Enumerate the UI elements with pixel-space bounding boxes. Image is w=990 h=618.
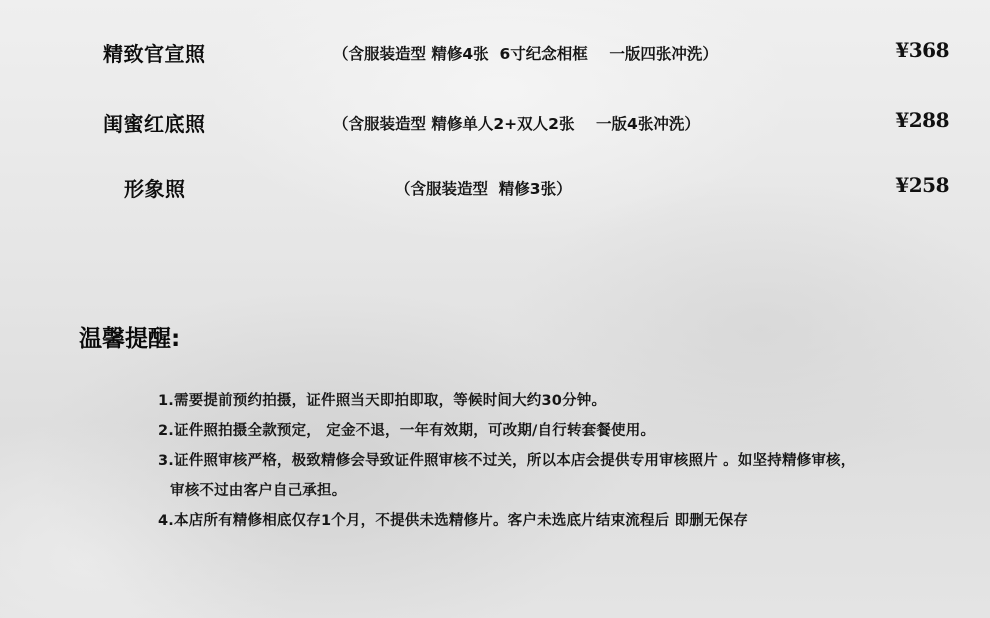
notice-item: 2.证件照拍摄全款预定， 定金不退，一年有效期，可改期/自行转套餐使用。 bbox=[158, 416, 958, 446]
notice-item-continuation: 审核不过由客户自己承担。 bbox=[158, 476, 958, 506]
notice-item: 4.本店所有精修相底仅存1个月，不提供未选精修片。客户未选底片结束流程后 即删无… bbox=[158, 506, 958, 536]
package-description: （含服装造型 精修3张） bbox=[395, 177, 572, 199]
notice-item: 3.证件照审核严格，极致精修会导致证件照审核不过关，所以本店会提供专用审核照片 … bbox=[158, 446, 958, 476]
price-row-official: 精致官宣照 （含服装造型 精修4张 6寸纪念相框 一版四张冲洗） ¥368 bbox=[0, 38, 990, 68]
package-description: （含服装造型 精修单人2+双人2张 一版4张冲洗） bbox=[333, 112, 700, 134]
package-description: （含服装造型 精修4张 6寸纪念相框 一版四张冲洗） bbox=[333, 42, 718, 64]
notice-item: 1.需要提前预约拍摄，证件照当天即拍即取，等候时间大约30分钟。 bbox=[158, 386, 958, 416]
package-name: 精致官宣照 bbox=[103, 38, 206, 67]
package-price: ¥258 bbox=[895, 173, 949, 197]
package-name: 闺蜜红底照 bbox=[103, 108, 206, 137]
price-row-bestie-red: 闺蜜红底照 （含服装造型 精修单人2+双人2张 一版4张冲洗） ¥288 bbox=[0, 108, 990, 138]
package-name: 形象照 bbox=[124, 173, 186, 202]
notice-title: 温馨提醒: bbox=[79, 320, 180, 353]
notice-list: 1.需要提前预约拍摄，证件照当天即拍即取，等候时间大约30分钟。 2.证件照拍摄… bbox=[158, 386, 958, 536]
package-price: ¥288 bbox=[895, 108, 949, 132]
package-price: ¥368 bbox=[895, 38, 949, 62]
price-row-portrait: 形象照 （含服装造型 精修3张） ¥258 bbox=[0, 173, 990, 203]
